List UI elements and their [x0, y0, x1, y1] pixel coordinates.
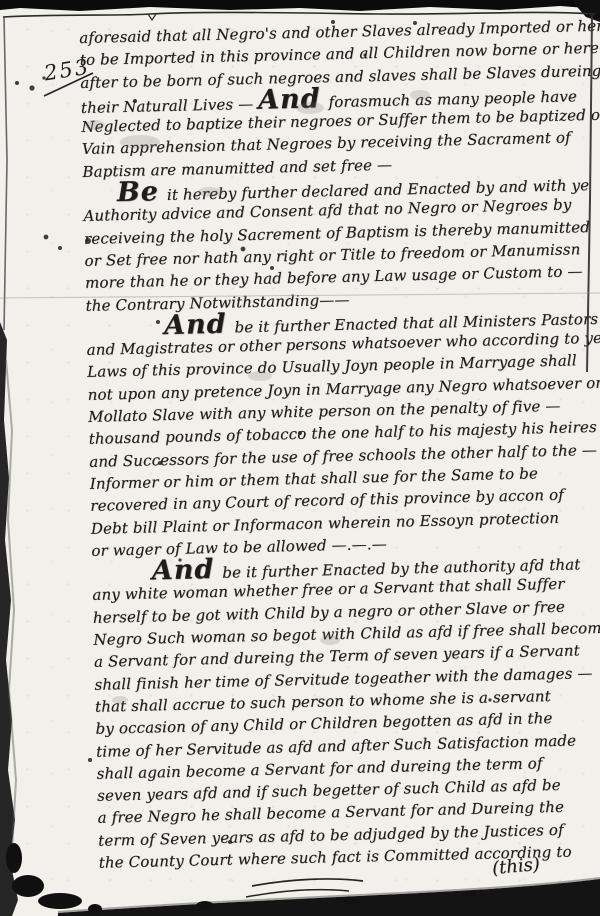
corner-blotch — [12, 875, 44, 897]
top-scan-band — [0, 0, 600, 11]
end-flourish-2 — [246, 890, 349, 897]
bottom-scan-band — [58, 879, 600, 916]
catchword: (this) — [491, 854, 541, 879]
manuscript-page: 253 aforesaid that all Negro's and other… — [0, 0, 600, 916]
end-flourish-1 — [252, 879, 363, 886]
left-binding-strip — [0, 322, 18, 916]
text-block: aforesaid that all Negro's and other Sla… — [79, 15, 600, 874]
page-left-edge-line — [4, 17, 7, 330]
